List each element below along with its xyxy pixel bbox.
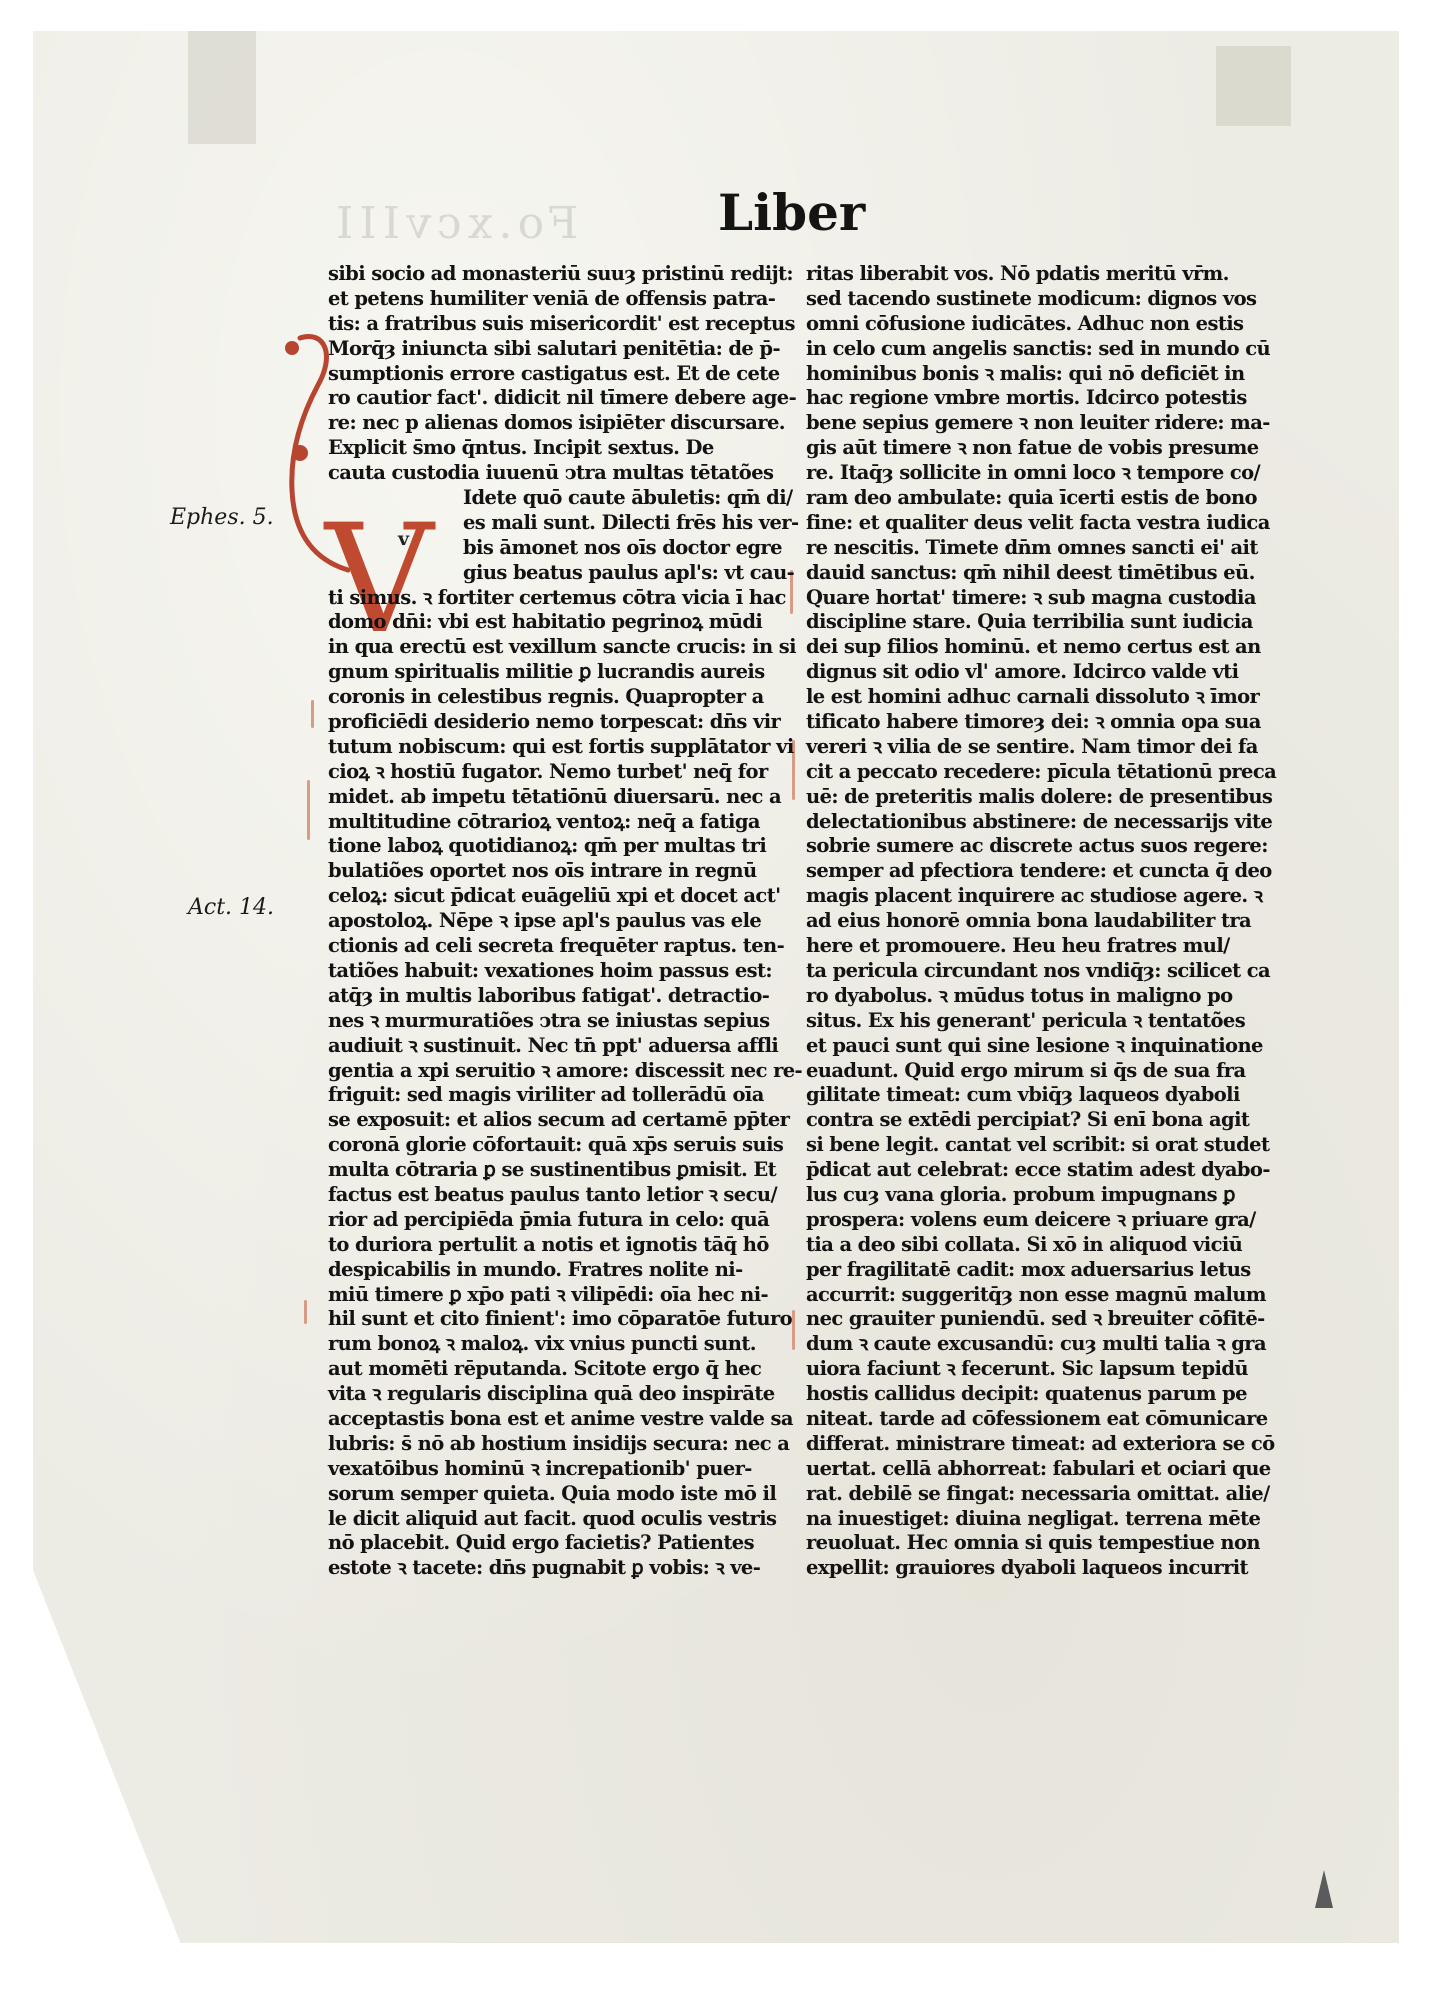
- text-line: se exposuit: et alios secum ad certamē p…: [328, 1108, 788, 1133]
- text-line: miū timere ꝑ xp̄o pati ꝛ vilipēdi: oīa h…: [328, 1283, 788, 1308]
- text-line: vita ꝛ regularis disciplina quā deo insp…: [328, 1382, 788, 1407]
- text-line: estote ꝛ tacete: dn̄s pugnabit ꝑ vobis: …: [328, 1556, 788, 1581]
- text-line: tione laboꝝ quotidianoꝝ: qm̄ per multas …: [328, 834, 788, 859]
- text-line: rior ad percipiēda p̄mia futura in celo:…: [328, 1208, 788, 1233]
- text-line: bis āmonet nos oīs doctor egre: [328, 536, 788, 561]
- text-line: differat. ministrare timeat: ad exterior…: [806, 1432, 1266, 1457]
- text-line: coronā glorie cōfortauit: quā xp̄s serui…: [328, 1133, 788, 1158]
- text-line: p̄dicat aut celebrat: ecce statim adest …: [806, 1158, 1266, 1183]
- text-line: re: nec p alienas domos isipiēter discur…: [328, 411, 788, 436]
- text-line: audiuit ꝛ sustinuit. Nec tn̄ ppt' aduers…: [328, 1034, 788, 1059]
- text-line: dignus sit odio vl' amore. Idcirco valde…: [806, 660, 1266, 685]
- text-line: proficiēdi desiderio nemo torpescat: dn̄…: [328, 710, 788, 735]
- text-line: ta pericula circundant nos vndiq̄ȝ: scil…: [806, 959, 1266, 984]
- text-line: omni cōfusione iudicātes. Adhuc non esti…: [806, 312, 1266, 337]
- text-line: contra se extēdi percipiat? Si enī bona …: [806, 1108, 1266, 1133]
- rubric-margin-mark: [307, 780, 310, 840]
- text-line: accurrit: suggeritq̄ȝ non esse magnū mal…: [806, 1283, 1266, 1308]
- text-line: atq̄ȝ in multis laboribus fatigat'. detr…: [328, 984, 788, 1009]
- text-line: expellit: grauiores dyaboli laqueos incu…: [806, 1556, 1266, 1581]
- text-line: factus est beatus paulus tanto letior ꝛ …: [328, 1183, 788, 1208]
- text-line: niteat. tarde ad cōfessionem eat cōmunic…: [806, 1407, 1266, 1432]
- rubric-margin-mark: [304, 1300, 307, 1324]
- text-line: Explicit s̄mo q̄ntus. Incipit sextus. De: [328, 436, 788, 461]
- text-line: aut momēti rēputanda. Scitote ergo q̄ he…: [328, 1357, 788, 1382]
- text-line: sobrie sumere ac discrete actus suos reg…: [806, 834, 1266, 859]
- margin-note-acts: Act. 14.: [188, 895, 274, 920]
- text-column-left: sibi socio ad monasteriū suuȝ pristinū r…: [328, 262, 788, 1581]
- text-line: euadunt. Quid ergo mirum si q̄s de sua f…: [806, 1059, 1266, 1084]
- running-head: Liber: [718, 183, 865, 242]
- text-line: reuoluat. Hec omnia si quis tempestiue n…: [806, 1531, 1266, 1556]
- text-line: le est homini adhuc carnali dissoluto ꝛ …: [806, 685, 1266, 710]
- text-line: sed tacendo sustinete modicum: dignos vo…: [806, 287, 1266, 312]
- text-line: apostoloꝝ. Nēpe ꝛ ipse apl's paulus vas …: [328, 909, 788, 934]
- text-line: celoꝝ: sicut p̄dicat euāgeliū xpi et doc…: [328, 884, 788, 909]
- text-line: acceptastis bona est et anime vestre val…: [328, 1407, 788, 1432]
- text-line: sorum semper quieta. Quia modo iste mō i…: [328, 1482, 788, 1507]
- text-line: gilitate timeat: cum vbiq̄ȝ laqueos dyab…: [806, 1083, 1266, 1108]
- text-line: tificato habere timoreȝ dei: ꝛ omnia opa…: [806, 710, 1266, 735]
- text-column-right: ritas liberabit vos. Nō pdatis meritū vr…: [806, 262, 1266, 1581]
- text-line: es mali sunt. Dilecti frēs his ver-: [328, 511, 788, 536]
- text-line: na inuestiget: diuina negligat. terrena …: [806, 1507, 1266, 1532]
- mounting-tape-stain-right: [1216, 46, 1291, 126]
- mounting-tape-stain-left: [188, 31, 256, 144]
- text-line: ti simus. ꝛ fortiter certemus cōtra vici…: [328, 586, 788, 611]
- text-line: tia a deo sibi collata. Si xō in aliquod…: [806, 1233, 1266, 1258]
- text-line: multitudine cōtrarioꝝ ventoꝝ: neq̄ a fat…: [328, 810, 788, 835]
- text-line: per fragilitatē cadit: mox aduersarius l…: [806, 1258, 1266, 1283]
- text-line: rat. debilē se fingat: necessaria omitta…: [806, 1482, 1266, 1507]
- rubric-margin-mark: [792, 1310, 795, 1350]
- rubric-margin-mark: [311, 700, 314, 728]
- text-line: le dicit aliquid aut facit. quod oculis …: [328, 1507, 788, 1532]
- text-line: tis: a fratribus suis misericordit' est …: [328, 312, 788, 337]
- text-line: fine: et qualiter deus velit facta vestr…: [806, 511, 1266, 536]
- text-line: re. Itaq̄ȝ sollicite in omni loco ꝛ temp…: [806, 461, 1266, 486]
- text-line: Idete quō caute ābuletis: qm̄ di/: [328, 486, 788, 511]
- text-line: si bene legit. cantat vel scribit: si or…: [806, 1133, 1266, 1158]
- text-line: to duriora pertulit a notis et ignotis t…: [328, 1233, 788, 1258]
- text-line: coronis in celestibus regnis. Quapropter…: [328, 685, 788, 710]
- text-line: dum ꝛ caute excusandū: cuȝ multi talia ꝛ…: [806, 1332, 1266, 1357]
- show-through-folio: Fo.xcvIII: [330, 198, 578, 249]
- text-line: gis aūt timere ꝛ non fatue de vobis pres…: [806, 436, 1266, 461]
- text-line: ad eius honorē omnia bona laudabiliter t…: [806, 909, 1266, 934]
- text-line: cioꝝ ꝛ hostiū fugator. Nemo turbet' neq̄…: [328, 760, 788, 785]
- text-line: bene sepius gemere ꝛ non leuiter ridere:…: [806, 411, 1266, 436]
- text-line: despicabilis in mundo. Fratres nolite ni…: [328, 1258, 788, 1283]
- text-line: multa cōtraria ꝑ se sustinentibus ꝑmisit…: [328, 1158, 788, 1183]
- text-line: et petens humiliter veniā de offensis pa…: [328, 287, 788, 312]
- text-line: magis placent inquirere ac studiose ager…: [806, 884, 1266, 909]
- text-line: et pauci sunt qui sine lesione ꝛ inquina…: [806, 1034, 1266, 1059]
- text-line: re nescitis. Timete dn̄m omnes sancti ei…: [806, 536, 1266, 561]
- text-line: nō placebit. Quid ergo facietis? Patient…: [328, 1531, 788, 1556]
- text-line: ro dyabolus. ꝛ mūdus totus in maligno po: [806, 984, 1266, 1009]
- text-line: semper ad pfectiora tendere: et cuncta q…: [806, 859, 1266, 884]
- text-line: sumptionis errore castigatus est. Et de …: [328, 362, 788, 387]
- text-line: friguit: sed magis viriliter ad tollerād…: [328, 1083, 788, 1108]
- text-line: here et promouere. Heu heu fratres mul/: [806, 934, 1266, 959]
- text-line: cit a peccato recedere: pīcula tētationū…: [806, 760, 1266, 785]
- text-line: tatiões habuit: vexationes hoim passus e…: [328, 959, 788, 984]
- text-line: hostis callidus decipit: quatenus parum …: [806, 1382, 1266, 1407]
- edge-tear: [1315, 1870, 1333, 1908]
- text-line: gentia a xpi seruitio ꝛ amore: discessit…: [328, 1059, 788, 1084]
- text-line: lubris: s̄ nō ab hostium insidijs secura…: [328, 1432, 788, 1457]
- text-line: hil sunt et cito finient': imo cōparatōe…: [328, 1307, 788, 1332]
- text-line: uē: de preteritis malis dolere: de prese…: [806, 785, 1266, 810]
- text-line: in qua erectū est vexillum sancte crucis…: [328, 635, 788, 660]
- text-line: gius beatus paulus apl's: vt cau-: [328, 561, 788, 586]
- text-line: lus cuȝ vana gloria. probum impugnans ꝑ: [806, 1183, 1266, 1208]
- text-line: uiora faciunt ꝛ fecerunt. Sic lapsum tep…: [806, 1357, 1266, 1382]
- text-line: bulatiões oportet nos oīs intrare in reg…: [328, 859, 788, 884]
- text-line: discipline stare. Quia terribilia sunt i…: [806, 610, 1266, 635]
- text-line: nec grauiter puniendū. sed ꝛ breuiter cō…: [806, 1307, 1266, 1332]
- text-line: rum bonoꝝ ꝛ maloꝝ. vix vnius puncti sunt…: [328, 1332, 788, 1357]
- text-line: ctionis ad celi secreta frequēter raptus…: [328, 934, 788, 959]
- text-line: Quare hortat' timere: ꝛ sub magna custod…: [806, 586, 1266, 611]
- text-line: midet. ab impetu tētatiōnū diuersarū. ne…: [328, 785, 788, 810]
- text-line: prospera: volens eum deicere ꝛ priuare g…: [806, 1208, 1266, 1233]
- text-line: tutum nobiscum: qui est fortis supplātat…: [328, 735, 788, 760]
- text-line: dauid sanctus: qm̄ nihil deest timētibus…: [806, 561, 1266, 586]
- text-line: ram deo ambulate: quia īcerti estis de b…: [806, 486, 1266, 511]
- margin-note-ephesians: Ephes. 5.: [170, 505, 274, 530]
- text-line: dei sup filios hominū. et nemo certus es…: [806, 635, 1266, 660]
- text-line: ritas liberabit vos. Nō pdatis meritū vr…: [806, 262, 1266, 287]
- text-line: gnum spiritualis militie ꝑ lucrandis aur…: [328, 660, 788, 685]
- text-line: domo dn̄i: vbi est habitatio pegrinoꝝ mū…: [328, 610, 788, 635]
- text-line: in celo cum angelis sanctis: sed in mund…: [806, 337, 1266, 362]
- text-line: ro cautior fact'. didicit nil tīmere deb…: [328, 386, 788, 411]
- text-line: situs. Ex his generant' pericula ꝛ tenta…: [806, 1009, 1266, 1034]
- text-line: nes ꝛ murmuratiões ↄtra se iniustas sepi…: [328, 1009, 788, 1034]
- text-line: vereri ꝛ vilia de se sentire. Nam timor …: [806, 735, 1266, 760]
- text-line: hac regione vmbre mortis. Idcirco potest…: [806, 386, 1266, 411]
- text-line: Morq̄ȝ iniuncta sibi salutari penitētia:…: [328, 337, 788, 362]
- text-line: cauta custodia iuuenū ↄtra multas tētatõ…: [328, 461, 788, 486]
- text-line: vexatōibus hominū ꝛ increpationib' puer-: [328, 1457, 788, 1482]
- text-line: delectationibus abstinere: de necessarij…: [806, 810, 1266, 835]
- text-line: uertat. cellā abhorreat: fabulari et oci…: [806, 1457, 1266, 1482]
- text-line: sibi socio ad monasteriū suuȝ pristinū r…: [328, 262, 788, 287]
- text-line: hominibus bonis ꝛ malis: qui nō deficiēt…: [806, 362, 1266, 387]
